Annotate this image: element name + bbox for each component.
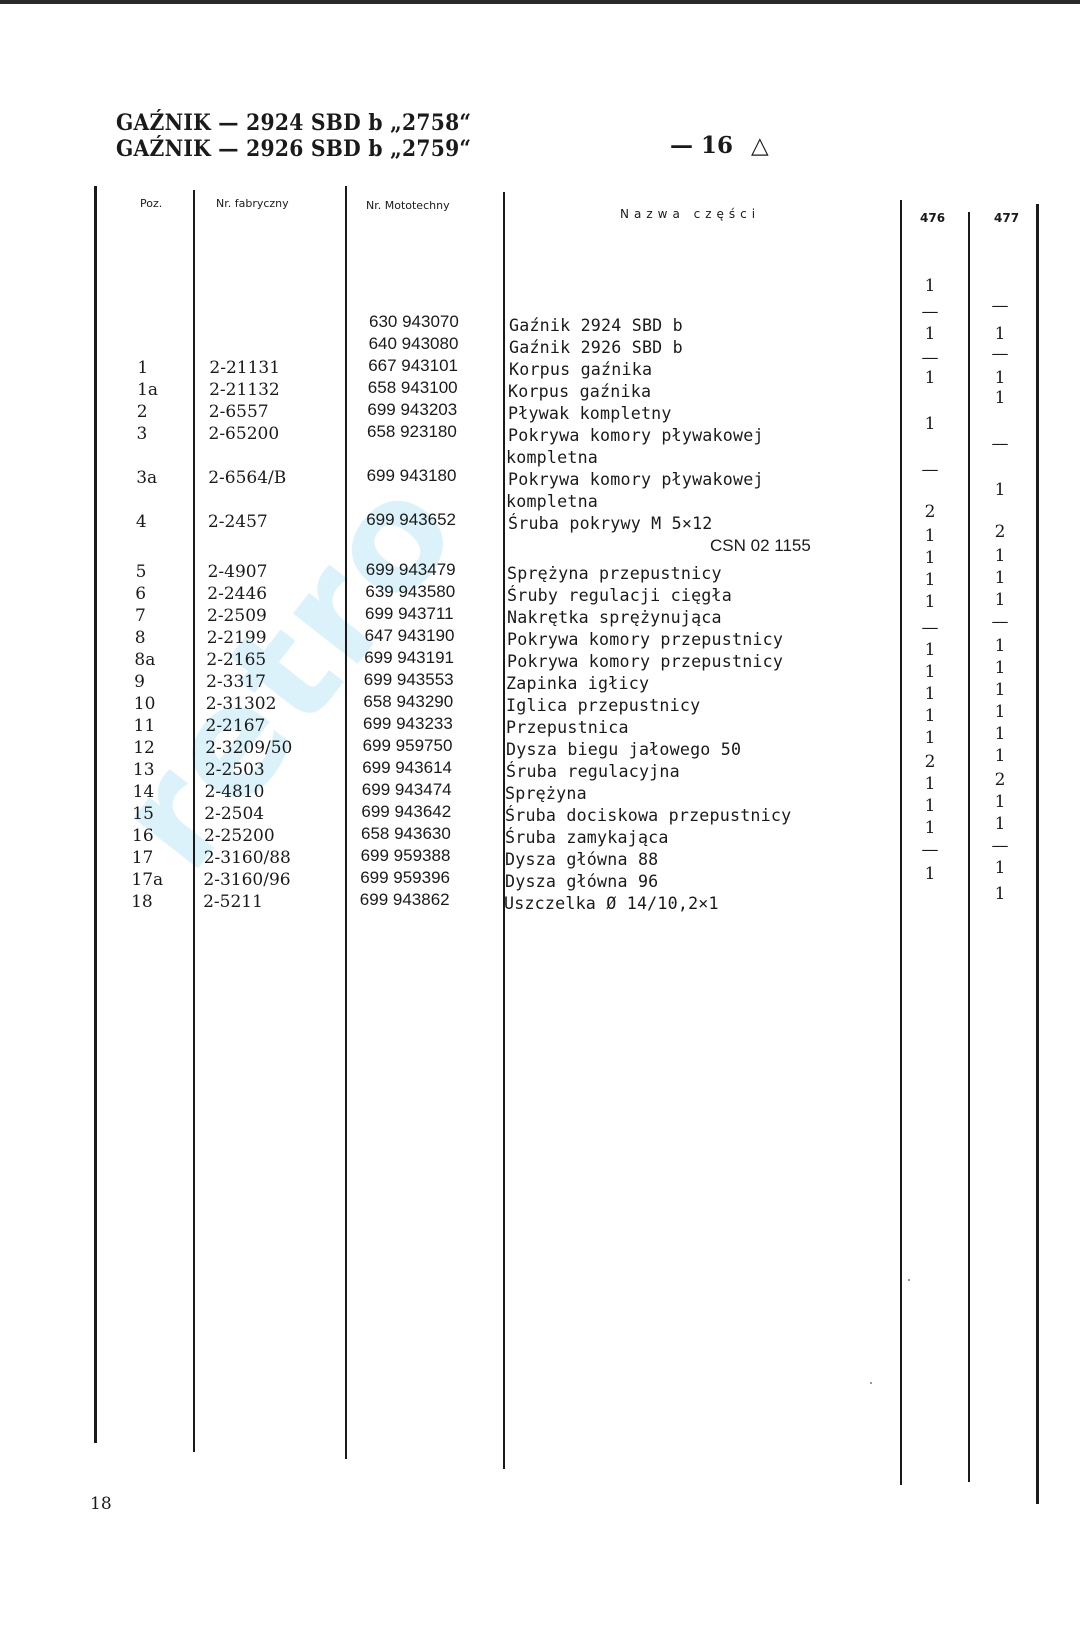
- page-title-line-2: GAŹNIK — 2926 SBD b „2759“: [116, 136, 471, 162]
- row-position: 17: [132, 848, 154, 868]
- row-qty-476: 1: [915, 706, 945, 726]
- row-part-name: Korpus gaźnika: [509, 360, 652, 380]
- row-qty-477: 1: [985, 814, 1015, 834]
- column-header-477: 477: [994, 211, 1019, 225]
- row-part-name: Nakrętka sprężynująca: [507, 608, 722, 628]
- row-qty-477: 1: [985, 702, 1015, 722]
- row-position: 6: [135, 584, 146, 604]
- row-mototechna-number: 699 959750: [363, 736, 453, 756]
- row-qty-476: —: [915, 840, 945, 860]
- column-header-factory-no: Nr. fabryczny: [216, 197, 289, 210]
- table-border-right: [1036, 204, 1039, 1504]
- row-position: 5: [136, 562, 147, 582]
- row-part-name-continued: kompletna: [506, 448, 598, 468]
- row-mototechna-number: 699 943180: [367, 466, 457, 486]
- scan-speck: [870, 1382, 872, 1384]
- row-mototechna-number: 699 943652: [366, 510, 456, 530]
- column-header-pos: Poz.: [140, 197, 162, 210]
- row-factory-number: 2-2167: [206, 716, 266, 736]
- row-mototechna-number: 699 943614: [362, 758, 452, 778]
- row-qty-476: 1: [915, 796, 945, 816]
- row-mototechna-number: 699 943642: [361, 802, 451, 822]
- row-part-name: Śruba dociskowa przepustnicy: [505, 806, 791, 826]
- row-factory-number: 2-2503: [205, 760, 265, 780]
- row-qty-477: 1: [985, 884, 1015, 904]
- row-position: 13: [133, 760, 155, 780]
- triangle-icon: △: [751, 133, 769, 159]
- row-part-name: Przepustnica: [506, 718, 629, 738]
- row-factory-number: 2-3317: [206, 672, 266, 692]
- page-reference: — 16△: [670, 132, 769, 159]
- row-qty-477: 1: [985, 658, 1015, 678]
- row-position: 18: [131, 892, 153, 912]
- row-qty-476: —: [915, 460, 945, 480]
- row-factory-number: 2-6557: [209, 402, 269, 422]
- row-position: 8a: [134, 650, 155, 670]
- row-qty-477: 1: [985, 590, 1015, 610]
- row-qty-477: —: [985, 434, 1015, 454]
- row-position: 14: [133, 782, 155, 802]
- row-position: 8: [135, 628, 146, 648]
- row-part-name: Dysza biegu jałowego 50: [506, 740, 741, 760]
- row-qty-477: 1: [985, 568, 1015, 588]
- row-part-name-continued: kompletna: [506, 492, 598, 512]
- row-qty-476: 1: [915, 818, 945, 838]
- row-factory-number: 2-3160/96: [203, 870, 290, 890]
- row-qty-477: 1: [985, 724, 1015, 744]
- row-qty-476: 1: [915, 570, 945, 590]
- row-mototechna-number: 647 943190: [365, 626, 455, 646]
- column-divider-name: [900, 200, 902, 1485]
- row-mototechna-number: 699 943553: [364, 670, 454, 690]
- row-factory-number: 2-3209/50: [205, 738, 292, 758]
- row-position: 11: [134, 716, 156, 736]
- row-position: 1a: [137, 380, 158, 400]
- row-qty-477: 1: [985, 858, 1015, 878]
- row-factory-number: 2-3160/88: [204, 848, 291, 868]
- row-qty-477: 1: [985, 792, 1015, 812]
- row-factory-number: 2-4810: [205, 782, 265, 802]
- row-factory-number: 2-31302: [206, 694, 277, 714]
- row-qty-477: 1: [985, 388, 1015, 408]
- row-factory-number: 2-2199: [207, 628, 267, 648]
- page-reference-number: — 16: [670, 132, 733, 159]
- row-position: 3: [137, 424, 148, 444]
- row-mototechna-number: 699 943474: [362, 780, 452, 800]
- row-part-name: Śruba zamykająca: [505, 828, 669, 848]
- row-factory-number: 2-2457: [208, 512, 268, 532]
- row-mototechna-number: 699 943479: [366, 560, 456, 580]
- row-qty-476: 1: [915, 864, 945, 884]
- row-qty-477: 1: [985, 746, 1015, 766]
- row-position: 9: [134, 672, 145, 692]
- row-mototechna-number: 699 943862: [360, 890, 450, 910]
- row-qty-476: 1: [915, 526, 945, 546]
- row-mototechna-number: 640 943080: [369, 334, 459, 354]
- row-qty-476: 1: [915, 728, 945, 748]
- row-qty-476: 1: [915, 276, 945, 296]
- row-part-name: Uszczelka Ø 14/10,2×1: [504, 894, 719, 914]
- row-qty-477: 2: [985, 522, 1015, 542]
- row-position: 2: [137, 402, 148, 422]
- row-part-name: Śruba regulacyjna: [506, 762, 680, 782]
- row-part-name: Pokrywa komory przepustnicy: [507, 630, 783, 650]
- column-header-part-name: Nazwa części: [620, 207, 760, 221]
- row-qty-477: 2: [985, 770, 1015, 790]
- page-number: 18: [90, 1494, 112, 1514]
- row-position: 3a: [136, 468, 157, 488]
- row-qty-476: 1: [915, 368, 945, 388]
- row-part-standard: CSN 02 1155: [710, 536, 811, 556]
- row-part-name: Korpus gaźnika: [508, 382, 651, 402]
- row-part-name: Śruba pokrywy M 5×12: [508, 514, 713, 534]
- column-header-mototechna-no: Nr. Mototechny: [366, 199, 450, 212]
- row-qty-477: 1: [985, 480, 1015, 500]
- row-mototechna-number: 658 943630: [361, 824, 451, 844]
- row-qty-477: 1: [985, 368, 1015, 388]
- row-part-name: Śruby regulacji cięgła: [507, 586, 732, 606]
- row-qty-476: —: [915, 348, 945, 368]
- row-mototechna-number: 658 943290: [363, 692, 453, 712]
- row-qty-476: 1: [915, 684, 945, 704]
- row-part-name: Zapinka igłicy: [506, 674, 649, 694]
- row-factory-number: 2-6564/B: [208, 468, 286, 488]
- column-divider-factory: [345, 186, 347, 1459]
- row-factory-number: 2-2165: [206, 650, 266, 670]
- row-factory-number: 2-21132: [209, 380, 280, 400]
- row-mototechna-number: 699 943711: [365, 604, 454, 624]
- scan-top-edge: [0, 0, 1080, 4]
- table-border-left: [94, 186, 97, 1443]
- row-position: 7: [135, 606, 146, 626]
- row-part-name: Pływak kompletny: [508, 404, 672, 424]
- row-part-name: Iglica przepustnicy: [506, 696, 700, 716]
- row-position: 15: [132, 804, 154, 824]
- row-part-name: Pokrywa komory pływakowej: [508, 470, 764, 490]
- row-part-name: Pokrywa komory pływakowej: [508, 426, 764, 446]
- row-mototechna-number: 639 943580: [365, 582, 455, 602]
- row-part-name: Pokrywa komory przepustnicy: [507, 652, 783, 672]
- row-part-name: Gaźnik 2924 SBD b: [509, 316, 683, 336]
- row-part-name: Sprężyna: [505, 784, 587, 804]
- row-part-name: Dysza główna 88: [505, 850, 658, 870]
- row-factory-number: 2-25200: [204, 826, 275, 846]
- row-part-name: Sprężyna przepustnicy: [507, 564, 722, 584]
- row-factory-number: 2-21131: [209, 358, 280, 378]
- row-mototechna-number: 699 943191: [364, 648, 454, 668]
- row-mototechna-number: 699 943203: [367, 400, 457, 420]
- row-mototechna-number: 699 943233: [363, 714, 453, 734]
- row-qty-477: —: [985, 612, 1015, 632]
- row-mototechna-number: 630 943070: [369, 312, 459, 332]
- row-qty-477: 1: [985, 324, 1015, 344]
- row-position: 16: [132, 826, 154, 846]
- column-header-476: 476: [920, 211, 945, 225]
- row-mototechna-number: 667 943101: [368, 356, 458, 376]
- row-qty-476: 1: [915, 548, 945, 568]
- row-qty-476: 2: [915, 752, 945, 772]
- page-title-line-1: GAŹNIK — 2924 SBD b „2758“: [116, 110, 471, 136]
- row-qty-477: 1: [985, 636, 1015, 656]
- row-part-name: Dysza główna 96: [505, 872, 658, 892]
- row-qty-476: 1: [915, 774, 945, 794]
- row-qty-476: 2: [915, 502, 945, 522]
- row-qty-476: 1: [915, 324, 945, 344]
- row-part-name: Gaźnik 2926 SBD b: [509, 338, 683, 358]
- row-factory-number: 2-65200: [209, 424, 280, 444]
- row-factory-number: 2-5211: [203, 892, 263, 912]
- row-mototechna-number: 658 923180: [367, 422, 457, 442]
- row-qty-476: —: [915, 618, 945, 638]
- row-qty-476: 1: [915, 414, 945, 434]
- row-position: 10: [134, 694, 156, 714]
- row-qty-476: 1: [915, 592, 945, 612]
- column-divider-476: [968, 212, 970, 1482]
- column-divider-pos: [193, 190, 195, 1452]
- row-factory-number: 2-2504: [204, 804, 264, 824]
- row-mototechna-number: 699 959396: [360, 868, 450, 888]
- row-mototechna-number: 699 959388: [361, 846, 451, 866]
- row-qty-477: —: [985, 296, 1015, 316]
- row-qty-476: —: [915, 302, 945, 322]
- row-position: 4: [136, 512, 147, 532]
- scan-speck: [908, 1279, 910, 1281]
- row-position: 12: [133, 738, 155, 758]
- row-position: 17a: [131, 870, 163, 890]
- row-qty-477: —: [985, 836, 1015, 856]
- row-qty-477: 1: [985, 680, 1015, 700]
- row-mototechna-number: 658 943100: [368, 378, 458, 398]
- row-position: 1: [137, 358, 148, 378]
- row-qty-476: 1: [915, 662, 945, 682]
- row-factory-number: 2-2509: [207, 606, 267, 626]
- row-qty-477: —: [985, 344, 1015, 364]
- row-qty-476: 1: [915, 640, 945, 660]
- row-factory-number: 2-4907: [208, 562, 268, 582]
- row-factory-number: 2-2446: [207, 584, 267, 604]
- row-qty-477: 1: [985, 546, 1015, 566]
